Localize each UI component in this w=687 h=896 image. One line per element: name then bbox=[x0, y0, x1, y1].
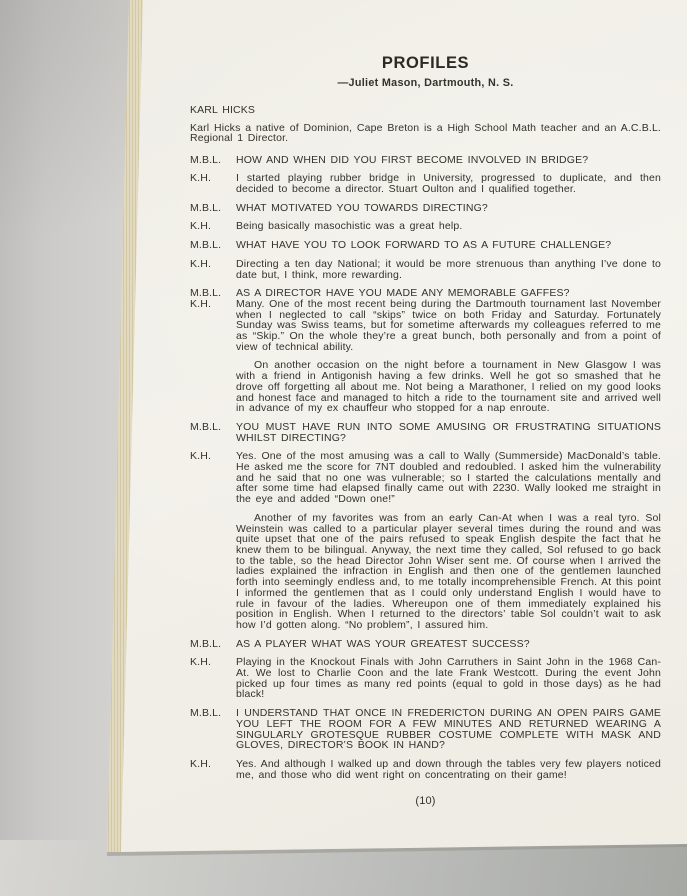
qa-speaker: K.H. bbox=[190, 299, 236, 353]
qa-row: K.H. Yes. One of the most amusing was a … bbox=[190, 451, 661, 505]
qa-row: M.B.L. HOW AND WHEN DID YOU FIRST BECOME… bbox=[190, 155, 661, 166]
qa-text: Another of my favorites was from an earl… bbox=[236, 513, 661, 631]
qa-speaker: M.B.L. bbox=[190, 240, 236, 251]
page-title: PROFILES bbox=[190, 54, 661, 73]
qa-text: HOW AND WHEN DID YOU FIRST BECOME INVOLV… bbox=[236, 155, 661, 166]
qa-speaker: K.H. bbox=[190, 759, 236, 780]
qa-text: Many. One of the most recent being durin… bbox=[236, 299, 661, 353]
qa-row: K.H. Yes. And although I walked up and d… bbox=[190, 759, 661, 780]
qa-speaker bbox=[190, 360, 236, 414]
qa-row: M.B.L. I UNDERSTAND THAT ONCE IN FREDERI… bbox=[190, 708, 661, 751]
qa-row: Another of my favorites was from an earl… bbox=[190, 513, 661, 631]
qa-speaker: K.H. bbox=[190, 451, 236, 505]
qa-speaker: K.H. bbox=[190, 173, 236, 194]
qa-text: WHAT MOTIVATED YOU TOWARDS DIRECTING? bbox=[236, 203, 661, 214]
qa-row: K.H. Being basically masochistic was a g… bbox=[190, 221, 661, 232]
qa-row: M.B.L. WHAT MOTIVATED YOU TOWARDS DIRECT… bbox=[190, 203, 661, 214]
qa-list: M.B.L. HOW AND WHEN DID YOU FIRST BECOME… bbox=[190, 155, 661, 781]
qa-row: M.B.L. WHAT HAVE YOU TO LOOK FORWARD TO … bbox=[190, 240, 661, 251]
qa-text: On another occasion on the night before … bbox=[236, 360, 661, 414]
qa-text: WHAT HAVE YOU TO LOOK FORWARD TO AS A FU… bbox=[236, 240, 661, 251]
qa-text: Yes. And although I walked up and down t… bbox=[236, 759, 661, 780]
qa-speaker: K.H. bbox=[190, 259, 236, 280]
qa-speaker: M.B.L. bbox=[190, 422, 236, 443]
qa-speaker: M.B.L. bbox=[190, 155, 236, 166]
qa-row: M.B.L. AS A PLAYER WHAT WAS YOUR GREATES… bbox=[190, 639, 661, 650]
subject-heading: KARL HICKS bbox=[190, 105, 661, 116]
qa-text: Directing a ten day National; it would b… bbox=[236, 259, 661, 280]
qa-speaker: M.B.L. bbox=[190, 639, 236, 650]
qa-text: YOU MUST HAVE RUN INTO SOME AMUSING OR F… bbox=[236, 422, 661, 443]
qa-text: I UNDERSTAND THAT ONCE IN FREDERICTON DU… bbox=[236, 708, 661, 751]
printed-content: PROFILES —Juliet Mason, Dartmouth, N. S.… bbox=[0, 0, 687, 807]
qa-speaker: K.H. bbox=[190, 657, 236, 700]
qa-text: AS A PLAYER WHAT WAS YOUR GREATEST SUCCE… bbox=[236, 639, 661, 650]
qa-speaker: M.B.L. bbox=[190, 708, 236, 751]
qa-row: M.B.L. YOU MUST HAVE RUN INTO SOME AMUSI… bbox=[190, 422, 661, 443]
qa-row: K.H. Directing a ten day National; it wo… bbox=[190, 259, 661, 280]
qa-row: K.H. Playing in the Knockout Finals with… bbox=[190, 657, 661, 700]
page-number: (10) bbox=[190, 796, 661, 807]
qa-text: Yes. One of the most amusing was a call … bbox=[236, 451, 661, 505]
qa-text: Being basically masochistic was a great … bbox=[236, 221, 661, 232]
qa-text: I started playing rubber bridge in Unive… bbox=[236, 173, 661, 194]
byline: —Juliet Mason, Dartmouth, N. S. bbox=[190, 77, 661, 89]
qa-row: On another occasion on the night before … bbox=[190, 360, 661, 414]
qa-row: K.H. Many. One of the most recent being … bbox=[190, 299, 661, 353]
qa-speaker: K.H. bbox=[190, 221, 236, 232]
qa-row: K.H. I started playing rubber bridge in … bbox=[190, 173, 661, 194]
qa-text: Playing in the Knockout Finals with John… bbox=[236, 657, 661, 700]
masthead: PROFILES —Juliet Mason, Dartmouth, N. S. bbox=[190, 54, 661, 89]
qa-speaker bbox=[190, 513, 236, 631]
intro-paragraph: Karl Hicks a native of Dominion, Cape Br… bbox=[190, 123, 661, 144]
qa-speaker: M.B.L. bbox=[190, 203, 236, 214]
